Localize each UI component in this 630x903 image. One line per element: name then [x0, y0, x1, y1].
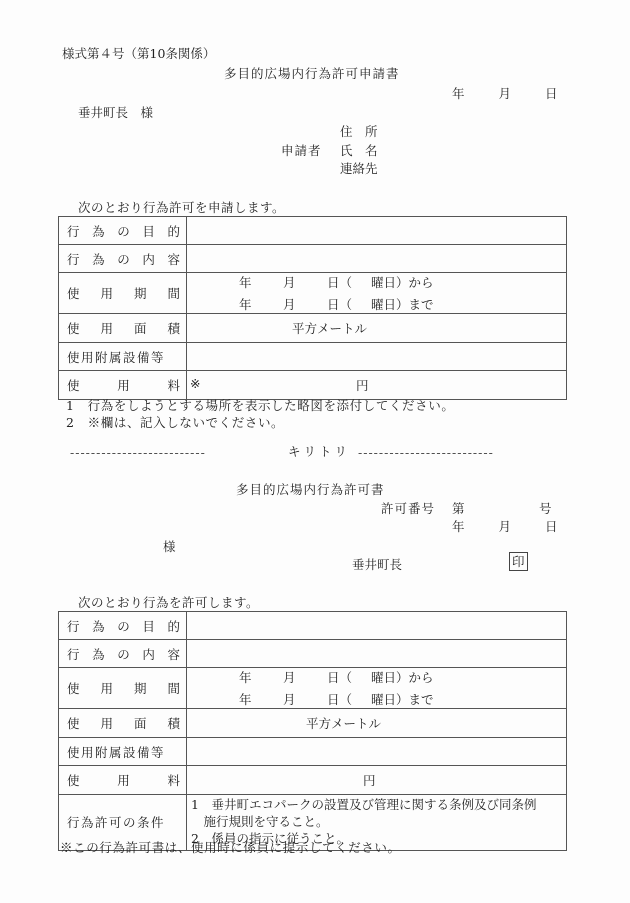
period-from: 年 月 日（ 曜日）から: [239, 273, 566, 291]
date-day: 日: [545, 86, 558, 101]
applicant-name-label: 氏 名: [340, 145, 378, 158]
area-label: 使用面積: [59, 709, 187, 738]
equipment-field[interactable]: [187, 738, 567, 766]
permit-number-prefix: 第: [452, 503, 465, 516]
period-day: 日（: [327, 690, 371, 708]
label-char: 目: [142, 222, 155, 240]
label-text: 使用附属設備等: [67, 350, 165, 365]
label-char: の: [117, 222, 130, 240]
purpose-field[interactable]: [187, 612, 567, 640]
equipment-label: 使用附属設備等: [59, 738, 187, 766]
application-intro: 次のとおり行為許可を申請します。: [78, 202, 285, 215]
condition-1: 1 垂井町エコパークの設置及び管理に関する条例及び同条例: [191, 797, 562, 814]
period-day: 日（: [327, 273, 371, 291]
date-day: 日: [545, 519, 558, 534]
label-char: 期: [134, 284, 147, 302]
purpose-label: 行為の目的: [59, 217, 187, 245]
content-field[interactable]: [187, 245, 567, 273]
label-char: 用: [117, 376, 130, 394]
period-year: 年: [239, 690, 283, 708]
period-to: 年 月 日（ 曜日）まで: [239, 690, 566, 708]
permit-footer-note: ※この行為許可書は、使用時に係員に提示してください。: [60, 842, 401, 855]
applicant-label: 申請者: [281, 145, 322, 158]
table-row: 使用面積 平方メートル: [59, 314, 567, 343]
permit-table: 行為の目的 行為の内容 使用期間 年 月 日（ 曜日）から 年 月 日（ 曜日）…: [58, 611, 567, 851]
table-row: 使用面積 平方メートル: [59, 709, 567, 738]
applicant-address-label: 住 所: [340, 126, 378, 139]
label-char: 為: [92, 645, 105, 663]
label-char: の: [117, 250, 130, 268]
label-char: 間: [167, 284, 180, 302]
label-text: 行為許可の条件: [67, 815, 165, 830]
date-year: 年: [452, 519, 465, 534]
form-number: 様式第４号（第10条関係）: [62, 48, 215, 61]
period-weekday: 曜日）まで: [371, 295, 434, 313]
table-row: 使用料 ※ 円: [59, 371, 567, 400]
application-title: 多目的広場内行為許可申請書: [224, 68, 400, 81]
label-char: の: [117, 617, 130, 635]
label-char: 容: [167, 645, 180, 663]
office-use-mark: ※: [190, 376, 356, 394]
table-row: 行為の内容: [59, 245, 567, 273]
area-field[interactable]: 平方メートル: [187, 709, 567, 738]
label-char: 使: [67, 284, 80, 302]
label-char: 容: [167, 250, 180, 268]
label-char: 料: [167, 376, 180, 394]
label-char: 為: [92, 250, 105, 268]
table-row: 行為の内容: [59, 640, 567, 668]
label-char: 的: [167, 617, 180, 635]
purpose-field[interactable]: [187, 217, 567, 245]
table-row: 使用期間 年 月 日（ 曜日）から 年 月 日（ 曜日）まで: [59, 273, 567, 314]
label-char: 料: [167, 771, 180, 789]
period-from: 年 月 日（ 曜日）から: [239, 668, 566, 686]
fee-label: 使用料: [59, 371, 187, 400]
period-field[interactable]: 年 月 日（ 曜日）から 年 月 日（ 曜日）まで: [187, 273, 567, 314]
table-row: 使用附属設備等: [59, 738, 567, 766]
permit-number-suffix: 号: [539, 503, 552, 516]
note-1: 1 行為をしようとする場所を表示した略図を添付してください。: [66, 400, 454, 413]
applicant-contact-label: 連絡先: [340, 163, 378, 176]
table-row: 行為の目的: [59, 612, 567, 640]
content-label: 行為の内容: [59, 245, 187, 273]
equipment-field[interactable]: [187, 343, 567, 371]
label-char: 面: [134, 319, 147, 337]
table-row: 行為の目的: [59, 217, 567, 245]
period-weekday: 曜日）まで: [371, 690, 434, 708]
application-table: 行為の目的 行為の内容 使用期間 年 月 日（ 曜日）から 年 月 日（ 曜日）…: [58, 216, 567, 400]
period-month: 月: [283, 668, 327, 686]
permit-intro: 次のとおり行為を許可します。: [78, 597, 259, 610]
fee-field[interactable]: 円: [187, 766, 567, 795]
period-month: 月: [283, 273, 327, 291]
area-field[interactable]: 平方メートル: [187, 314, 567, 343]
label-char: 的: [167, 222, 180, 240]
period-field[interactable]: 年 月 日（ 曜日）から 年 月 日（ 曜日）まで: [187, 668, 567, 709]
permit-title: 多目的広場内行為許可書: [236, 484, 385, 497]
label-char: 行: [67, 645, 80, 663]
period-label: 使用期間: [59, 273, 187, 314]
label-char: 期: [134, 679, 147, 697]
label-char: 内: [142, 250, 155, 268]
issuer: 垂井町長: [352, 559, 402, 572]
table-row: 使用料 円: [59, 766, 567, 795]
period-label: 使用期間: [59, 668, 187, 709]
label-char: 間: [167, 679, 180, 697]
label-char: 使: [67, 771, 80, 789]
content-label: 行為の内容: [59, 640, 187, 668]
period-to: 年 月 日（ 曜日）まで: [239, 295, 566, 313]
period-year: 年: [239, 273, 283, 291]
label-char: 使: [67, 319, 80, 337]
label-char: 行: [67, 250, 80, 268]
table-row: 使用期間 年 月 日（ 曜日）から 年 月 日（ 曜日）まで: [59, 668, 567, 709]
table-row: 使用附属設備等: [59, 343, 567, 371]
label-char: 使: [67, 376, 80, 394]
label-char: の: [117, 645, 130, 663]
label-char: 積: [167, 319, 180, 337]
period-year: 年: [239, 295, 283, 313]
date-month: 月: [498, 519, 511, 534]
addressee: 垂井町長 様: [78, 107, 153, 120]
equipment-label: 使用附属設備等: [59, 343, 187, 371]
area-unit: 平方メートル: [187, 319, 566, 337]
label-char: 用: [100, 319, 113, 337]
cut-line-left: --------------------------: [70, 447, 206, 460]
seal-icon: 印: [509, 556, 528, 569]
area-unit: 平方メートル: [187, 714, 566, 732]
fee-unit: 円: [356, 376, 369, 394]
condition-1-cont: 施行規則を守ること。: [191, 814, 562, 831]
area-label: 使用面積: [59, 314, 187, 343]
period-year: 年: [239, 668, 283, 686]
label-text: 使用附属設備等: [67, 745, 165, 760]
label-char: 積: [167, 714, 180, 732]
fee-field[interactable]: ※ 円: [187, 371, 567, 400]
date-month: 月: [498, 86, 511, 101]
note-2: 2 ※欄は、記入しないでください。: [66, 417, 284, 430]
label-char: 使: [67, 714, 80, 732]
label-char: 為: [92, 222, 105, 240]
cut-line-label: キリトリ: [288, 446, 350, 459]
date-year: 年: [452, 86, 465, 101]
label-char: 面: [134, 714, 147, 732]
recipient-honorific: 様: [163, 541, 176, 554]
label-char: 為: [92, 617, 105, 635]
label-char: 目: [142, 617, 155, 635]
label-char: 用: [117, 771, 130, 789]
content-field[interactable]: [187, 640, 567, 668]
purpose-label: 行為の目的: [59, 612, 187, 640]
label-char: 内: [142, 645, 155, 663]
label-char: 用: [100, 714, 113, 732]
label-char: 行: [67, 222, 80, 240]
label-char: 用: [100, 284, 113, 302]
label-char: 行: [67, 617, 80, 635]
label-char: 用: [100, 679, 113, 697]
seal-text: 印: [509, 552, 528, 571]
application-date: 年 月 日: [452, 88, 557, 101]
period-month: 月: [283, 295, 327, 313]
period-day: 日（: [327, 295, 371, 313]
period-day: 日（: [327, 668, 371, 686]
fee-label: 使用料: [59, 766, 187, 795]
permit-number-label: 許可番号: [381, 503, 435, 516]
label-char: 使: [67, 679, 80, 697]
period-weekday: 曜日）から: [371, 668, 434, 686]
fee-unit: 円: [187, 771, 566, 789]
period-weekday: 曜日）から: [371, 273, 434, 291]
period-month: 月: [283, 690, 327, 708]
cut-line-right: --------------------------: [358, 447, 494, 460]
permit-date: 年 月 日: [452, 521, 557, 534]
